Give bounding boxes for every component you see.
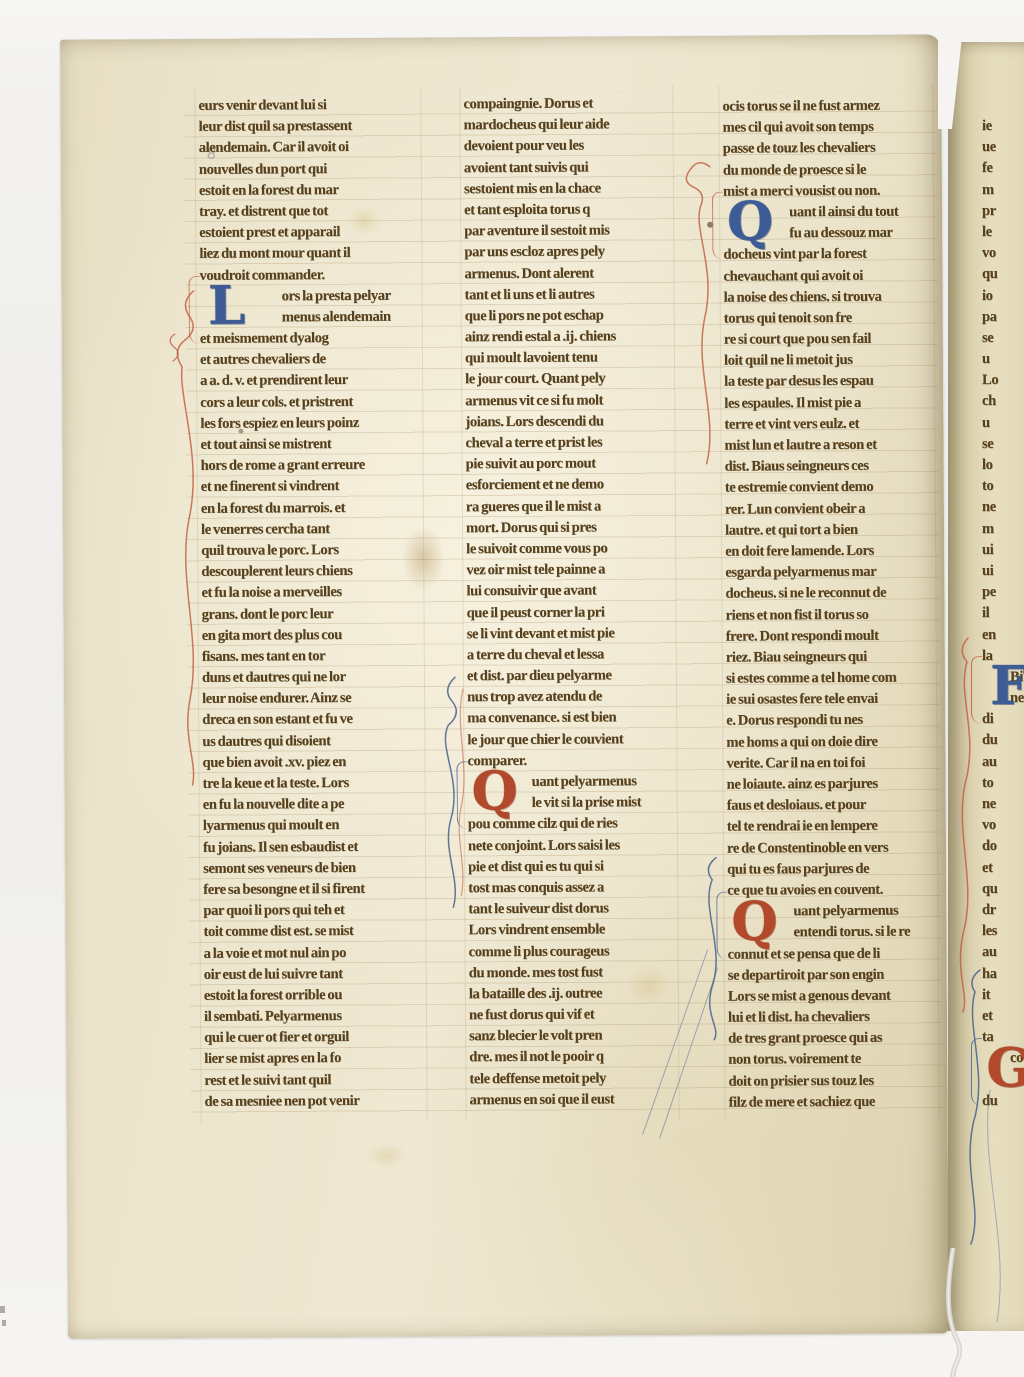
text-line: se li vint devant et mist pie bbox=[467, 623, 673, 645]
speck bbox=[0, 1306, 5, 1313]
text-line: armenus en soi que il eust bbox=[469, 1089, 675, 1111]
text-line: tel te rendrai ie en lempere bbox=[727, 816, 935, 838]
text-line: pie et dist qui es tu qui si bbox=[468, 856, 674, 878]
text-line: armenus vit ce si fu molt bbox=[465, 390, 671, 412]
text-line: tost mas conquis assez a bbox=[468, 877, 674, 899]
text-line: ne bbox=[982, 794, 1024, 815]
next-folio-edge: ieuefemprlevoquiopaseuLochuselotonemuiui… bbox=[948, 42, 1024, 1331]
text-line: avoient tant suivis qui bbox=[464, 157, 670, 179]
text-line: to bbox=[982, 476, 1024, 497]
text-line: compaingnie. Dorus et bbox=[463, 93, 669, 115]
text-line: e. Dorus respondi tu nes bbox=[726, 710, 934, 732]
text-line: et bbox=[982, 858, 1024, 879]
text-line: la bataille des .ij. outree bbox=[469, 983, 675, 1005]
text-column-fragment: ieuefemprlevoquiopaseuLochuselotonemuiui… bbox=[982, 116, 1024, 1133]
text-line: dreca en son estant et fu ve bbox=[202, 709, 424, 732]
text-line: loit quil ne li metoit jus bbox=[724, 350, 932, 372]
text-line: rer. Lun convient obeir a bbox=[725, 498, 933, 520]
speck bbox=[2, 1320, 6, 1326]
text-line: qu bbox=[982, 264, 1024, 285]
text-line: esforciement et ne demo bbox=[466, 474, 672, 496]
text-line: a la voie et mot nul ain po bbox=[204, 942, 426, 965]
text-line: nouvelles dun port qui bbox=[199, 158, 421, 181]
text-column-3: ocis torus se il ne fust armezmes cil qu… bbox=[722, 95, 936, 1113]
text-line: vo bbox=[982, 243, 1024, 264]
text-line: de tres grant proesce qui as bbox=[728, 1028, 936, 1050]
text-line: que bien avoit .xv. piez en bbox=[202, 751, 424, 774]
illuminated-initial-Q: Q bbox=[466, 769, 524, 815]
text-line: ui bbox=[982, 561, 1024, 582]
illuminated-initial-G: G bbox=[980, 1046, 1024, 1092]
text-line: comme li plus courageus bbox=[469, 940, 675, 962]
pen-flourish-red-col1-curl bbox=[170, 334, 178, 361]
text-line: pa bbox=[982, 307, 1024, 328]
text-line: frere. Dont respondi moult bbox=[726, 625, 934, 647]
text-line: sanz blecier le volt pren bbox=[469, 1025, 675, 1047]
text-line: ue bbox=[982, 137, 1024, 158]
text-line: en gita mort des plus cou bbox=[202, 624, 424, 647]
text-line: qui tu es faus parjures de bbox=[727, 858, 935, 880]
text-line: ch bbox=[982, 391, 1024, 412]
text-line: mort. Dorus qui si pres bbox=[466, 517, 672, 539]
text-line: dre. mes il not le pooir q bbox=[469, 1046, 675, 1068]
text-line: re si court que pou sen fail bbox=[724, 328, 932, 350]
text-line: esgarda pelyarmenus mar bbox=[725, 562, 933, 584]
text-line: do bbox=[982, 836, 1024, 857]
text-line: devoient pour veu les bbox=[464, 135, 670, 157]
text-line: ne loiaute. ainz es parjures bbox=[727, 773, 935, 795]
text-line: mardocheus qui leur aide bbox=[464, 114, 670, 136]
text-line: par aventure il sestoit mis bbox=[464, 220, 670, 242]
text-line: pie suivit au porc mout bbox=[466, 453, 672, 475]
text-line: en doit fere lamende. Lors bbox=[725, 540, 933, 562]
text-line: oir eust de lui suivre tant bbox=[204, 963, 426, 986]
text-line: et ne finerent si vindrent bbox=[201, 476, 423, 499]
text-line: nete conjoint. Lors saisi les bbox=[468, 835, 674, 857]
text-line: re de Constentinoble en vers bbox=[727, 837, 935, 859]
text-line: chevauchant qui avoit oi bbox=[723, 265, 931, 287]
text-line: toit comme dist est. se mist bbox=[203, 921, 425, 944]
text-line: fu joians. Il sen esbaudist et bbox=[203, 836, 425, 859]
text-line: lautre. et qui tort a bien bbox=[725, 519, 933, 541]
text-line: rest et le suivi tant quil bbox=[204, 1069, 426, 1092]
text-line: terre et vint vers eulz. et bbox=[724, 413, 932, 435]
text-line: u bbox=[982, 413, 1024, 434]
text-line: si estes comme a tel home com bbox=[726, 667, 934, 689]
text-line: il bbox=[982, 603, 1024, 624]
text-line: m bbox=[982, 180, 1024, 201]
text-line: tant et li uns et li autres bbox=[465, 284, 671, 306]
text-line: ra gueres que il le mist a bbox=[466, 496, 672, 518]
text-line: tre la keue et la teste. Lors bbox=[203, 772, 425, 795]
text-line: ainz rendi estal a .ij. chiens bbox=[465, 326, 671, 348]
text-line: u bbox=[982, 349, 1024, 370]
text-line: par quoi li pors qui teh et bbox=[203, 900, 425, 923]
text-line: se bbox=[982, 328, 1024, 349]
text-line: vez oir mist tele painne a bbox=[466, 559, 672, 581]
text-line: en fu la nouvelle dite a pe bbox=[203, 794, 425, 817]
text-line: se departiroit par son engin bbox=[728, 964, 936, 986]
text-line: riez. Biau seingneurs qui bbox=[726, 646, 934, 668]
text-line: grans. dont le porc leur bbox=[201, 603, 423, 626]
text-line: alendemain. Car il avoit oi bbox=[199, 137, 421, 160]
text-line: leur dist quil sa prestassent bbox=[199, 116, 421, 139]
text-line: it bbox=[982, 985, 1024, 1006]
text-line: pe bbox=[982, 582, 1024, 603]
text-line: du monde de proesce si le bbox=[723, 159, 931, 181]
text-line: non torus. voirement te bbox=[728, 1049, 936, 1071]
text-line: ie sui osastes fere tele envai bbox=[726, 689, 934, 711]
text-line: semont ses veneurs de bien bbox=[203, 857, 425, 880]
text-line: sestoient mis en la chace bbox=[464, 178, 670, 200]
text-line: Lors vindrent ensemble bbox=[468, 919, 674, 941]
text-line: estoit la forest orrible ou bbox=[204, 984, 426, 1007]
text-line: pr bbox=[982, 201, 1024, 222]
text-line: fere sa besongne et il si firent bbox=[203, 878, 425, 901]
text-line: les espaules. Il mist pie a bbox=[724, 392, 932, 414]
text-line bbox=[982, 1112, 1024, 1133]
text-line: ui bbox=[982, 540, 1024, 561]
pen-flourish-red-col1 bbox=[177, 291, 197, 785]
text-line: duns et dautres qui ne lor bbox=[202, 667, 424, 690]
scan-background: 8 eurs venir devant lui sileur dist quil… bbox=[0, 0, 1024, 1377]
text-line: lo bbox=[982, 455, 1024, 476]
text-line: me homs a qui on doie dire bbox=[726, 731, 934, 753]
text-line: que li pors ne pot eschap bbox=[465, 305, 671, 327]
text-line: du bbox=[982, 730, 1024, 751]
text-line: estoit en la forest du mar bbox=[199, 179, 421, 202]
text-line: verite. Car il na en toi foi bbox=[726, 752, 934, 774]
text-line: mes cil qui avoit son temps bbox=[723, 117, 931, 139]
pen-flourish-red-col3 bbox=[686, 163, 711, 464]
text-line: du monde. mes tost fust bbox=[469, 962, 675, 984]
text-line: fe bbox=[982, 158, 1024, 179]
text-line: et fu la noise a merveilles bbox=[201, 582, 423, 605]
text-line: lui consuivir que avant bbox=[466, 580, 672, 602]
text-line: ocis torus se il ne fust armez bbox=[722, 95, 930, 117]
text-column-1: eurs venir devant lui sileur dist quil s… bbox=[198, 95, 426, 1113]
text-line: le suivoit comme vous po bbox=[466, 538, 672, 560]
text-line: qui le cuer ot fier et orguil bbox=[204, 1027, 426, 1050]
text-line: tele deffense metoit pely bbox=[469, 1068, 675, 1090]
text-line: par uns escloz apres pely bbox=[464, 241, 670, 263]
text-line: et bbox=[982, 1006, 1024, 1027]
text-line: armenus. Dont alerent bbox=[464, 262, 670, 284]
text-line: tant le suiveur dist dorus bbox=[468, 898, 674, 920]
text-line: ha bbox=[982, 964, 1024, 985]
text-line: ne fust dorus qui vif et bbox=[469, 1004, 675, 1026]
text-line: le bbox=[982, 222, 1024, 243]
illuminated-initial-Q: Q bbox=[725, 899, 783, 945]
text-line: Lo bbox=[982, 370, 1024, 391]
text-line: qu bbox=[982, 879, 1024, 900]
text-line: au bbox=[982, 752, 1024, 773]
text-line: ma convenance. si est bien bbox=[467, 707, 673, 729]
stain bbox=[367, 1143, 407, 1169]
text-line: lyarmenus qui moult en bbox=[203, 815, 425, 838]
text-line: le jour que chier le couvient bbox=[467, 729, 673, 751]
text-line: qui moult lavoient tenu bbox=[465, 347, 671, 369]
pen-flourish-red bbox=[960, 638, 969, 1012]
text-line: filz de mere et sachiez que bbox=[728, 1091, 936, 1113]
text-line: quil trouva le porc. Lors bbox=[201, 539, 423, 562]
text-line: et dist. par dieu pelyarme bbox=[467, 665, 673, 687]
text-line: leur noise endurer. Ainz se bbox=[202, 688, 424, 711]
text-column-2: compaingnie. Dorus etmardocheus qui leur… bbox=[463, 93, 675, 1111]
text-line: hors de rome a grant erreure bbox=[201, 455, 423, 478]
text-line: ie bbox=[982, 116, 1024, 137]
text-line: et autres chevaliers de bbox=[200, 349, 422, 372]
illuminated-initial-L: L bbox=[198, 283, 256, 329]
text-line: tray. et distrent que tot bbox=[199, 200, 421, 223]
text-line: a a. d. v. et prendirent leur bbox=[200, 370, 422, 393]
text-line: torus qui tenoit son fre bbox=[724, 307, 932, 329]
pen-flourish-blue-col2 bbox=[445, 677, 457, 907]
text-line: joians. Lors descendi du bbox=[465, 411, 671, 433]
text-line: il sembati. Pelyarmenus bbox=[204, 1006, 426, 1029]
text-line: la teste par desus les espau bbox=[724, 371, 932, 393]
text-line: riens et non fist il torus so bbox=[726, 604, 934, 626]
text-line: ne bbox=[982, 497, 1024, 518]
text-line: que il peust corner la pri bbox=[466, 601, 672, 623]
text-line: liez du mont mour quant il bbox=[199, 243, 421, 266]
text-line: au bbox=[982, 942, 1024, 963]
text-line: et tant esploita torus q bbox=[464, 199, 670, 221]
text-line: doit on prisier sus touz les bbox=[728, 1070, 936, 1092]
illuminated-initial-F: F bbox=[980, 664, 1024, 710]
text-line: lier se mist apres en la fo bbox=[204, 1048, 426, 1071]
text-line: les bbox=[982, 921, 1024, 942]
text-line: de sa mesniee nen pot venir bbox=[204, 1090, 426, 1113]
text-line: dist. Biaus seingneurs ces bbox=[725, 456, 933, 478]
text-line: m bbox=[982, 519, 1024, 540]
text-line: io bbox=[982, 286, 1024, 307]
text-line: mist lun et lautre a reson et bbox=[724, 434, 932, 456]
text-line: le venerres cercha tant bbox=[201, 518, 423, 541]
pen-flourish-blue bbox=[970, 970, 980, 1244]
illuminated-initial-Q: Q bbox=[721, 199, 779, 245]
text-line: les fors espiez en leurs poinz bbox=[200, 412, 422, 435]
text-line: docheus. si ne le reconnut de bbox=[725, 583, 933, 605]
text-line: et tout ainsi se mistrent bbox=[200, 433, 422, 456]
text-line: passe de touz les chevaliers bbox=[723, 138, 931, 160]
text-line: le jour court. Quant pely bbox=[465, 368, 671, 390]
manuscript-page: 8 eurs venir devant lui sileur dist quil… bbox=[60, 34, 949, 1338]
text-line: faus et desloiaus. et pour bbox=[727, 795, 935, 817]
text-line: fisans. mes tant en tor bbox=[202, 645, 424, 668]
text-line: estoient prest et apparail bbox=[199, 222, 421, 245]
text-line: la noise des chiens. si trouva bbox=[724, 286, 932, 308]
text-line: vo bbox=[982, 815, 1024, 836]
text-line: descouplerent leurs chiens bbox=[201, 561, 423, 584]
text-line: us dautres qui disoient bbox=[202, 730, 424, 753]
text-line: Lors se mist a genous devant bbox=[728, 985, 936, 1007]
text-line: te estremie convient demo bbox=[725, 477, 933, 499]
text-line: dr bbox=[982, 900, 1024, 921]
text-line: to bbox=[982, 773, 1024, 794]
text-line: nus trop avez atendu de bbox=[467, 686, 673, 708]
text-line: en bbox=[982, 625, 1024, 646]
text-line: se bbox=[982, 434, 1024, 455]
text-line: cors a leur cols. et pristrent bbox=[200, 391, 422, 414]
text-line: eurs venir devant lui si bbox=[198, 95, 420, 118]
text-line: a terre du cheval et lessa bbox=[467, 644, 673, 666]
text-line: lui et li dist. ha chevaliers bbox=[728, 1006, 936, 1028]
text-line: cheval a terre et prist les bbox=[465, 432, 671, 454]
text-line: en la forest du marrois. et bbox=[201, 497, 423, 520]
